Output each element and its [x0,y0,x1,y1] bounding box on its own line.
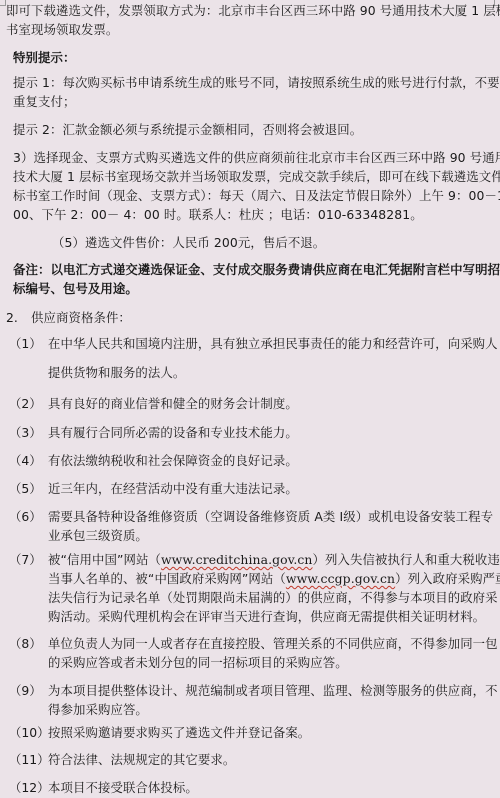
item-text: 本项目不接受联合体投标。 [48,778,198,797]
item-number: （10） [9,723,50,742]
item-number: （11） [9,750,50,769]
cash-method-line-2: 技术大厦 1 层标书室现场交款并当场领取发票，完成交款手续后，即可在线下载遴选文… [13,167,500,186]
intro-line-1: 即可下载遴选文件，发票领取方式为：北京市丰台区西三环中路 90 号通用技术大厦 … [6,1,500,20]
section-heading: 供应商资格条件： [31,308,131,327]
creditchina-link[interactable]: www.creditchina.gov.cn [161,552,313,567]
item-text: 得参加采购应答。 [48,700,148,719]
item-text: 近三年内，在经营活动中没有重大违法记录。 [48,479,298,498]
item-text: 法失信行为记录名单（处罚期限尚未届满的）的供应商，不得参与本项目的政府采 [48,588,498,607]
item-text-segment: ）列入失信被执行人和重大税收违法案件 [313,552,500,567]
remark-line-1: 备注：以电汇方式递交遴选保证金、支付成交服务费请供应商在电汇凭据附言栏中写明招 [13,260,500,279]
item-text-segment: 被“信用中国”网站（ [48,552,161,567]
item-text: 有依法缴纳税收和社会保障资金的良好记录。 [48,451,298,470]
tip-1-line-2: 重复支付； [13,92,75,111]
remark-line-2: 标编号、包号及用途。 [13,279,138,298]
item-text: 为本项目提供整体设计、规范编制或者项目管理、监理、检测等服务的供应商，不 [48,681,498,700]
item-text: 业承包三级资质。 [48,526,148,545]
item-text: 购活动。采购代理机构会在评审当天进行查询，供应商无需提供相关证明材料。 [48,607,485,626]
item-number: （4） [9,451,42,470]
item-number: （7） [9,550,42,569]
item-number: （6） [9,507,42,526]
item-number: （5） [9,479,42,498]
item-number: （9） [9,681,42,700]
item-text: 符合法律、法规规定的其它要求。 [48,750,235,769]
item-number: （1） [9,334,42,353]
item-number: （2） [9,394,42,413]
item-text: 当事人名单的、被“中国政府采购网”网站（www.ccgp.gov.cn）列入政府… [48,569,500,588]
item-number: （12） [9,778,50,797]
cash-method-line-4: 00、下午 2：00－ 4：00 时。联系人：杜庆 ；电话：010-633482… [13,205,423,224]
item-text-segment: ）列入政府采购严重违 [395,571,500,586]
cash-method-line-3: 标书室工作时间（现金、支票方式）：每天（周六、日及法定节假日除外）上午 9：00… [13,186,500,205]
item-number: （3） [9,423,42,442]
item-text: 被“信用中国”网站（www.creditchina.gov.cn）列入失信被执行… [48,550,500,569]
item-text: 按照采购邀请要求购买了遴选文件并登记备案。 [48,723,310,742]
item-text: 的采购应答或者未划分包的同一招标项目的采购应答。 [48,653,348,672]
item-text: 在中华人民共和国境内注册，具有独立承担民事责任的能力和经营许可，向采购人 [48,334,498,353]
item-text: 提供货物和服务的法人。 [48,363,185,382]
document-page: 即可下载遴选文件，发票领取方式为：北京市丰台区西三环中路 90 号通用技术大厦 … [0,0,500,798]
item-text: 具有履行合同所必需的设备和专业技术能力。 [48,423,298,442]
tip-2: 提示 2：汇款金额必须与系统提示金额相同，否则将会被退回。 [13,120,362,139]
section-number: 2. [6,308,18,327]
item-text: 需要具备特种设备维修资质（空调设备维修资质 A类 I级）或机电设备安装工程专 [48,507,493,526]
document-price: （5）遴选文件售价：人民币 200元，售后不退。 [52,233,325,252]
ccgp-link[interactable]: www.ccgp.gov.cn [286,571,395,586]
item-text: 单位负责人为同一人或者存在直接控股、管理关系的不同供应商，不得参加同一包 [48,634,498,653]
special-notice-title: 特别提示： [13,48,75,67]
item-number: （8） [9,634,42,653]
item-text-segment: 当事人名单的、被“中国政府采购网”网站（ [48,571,286,586]
tip-1-line-1: 提示 1：每次购买标书申请系统生成的账号不同，请按照系统生成的账号进行付款，不要 [13,73,500,92]
cash-method-line-1: 3）选择现金、支票方式购买遴选文件的供应商须前往北京市丰台区西三环中路 90 号… [13,148,500,167]
intro-line-2: 书室现场领取发票。 [6,20,118,39]
item-text: 具有良好的商业信誉和健全的财务会计制度。 [48,394,298,413]
